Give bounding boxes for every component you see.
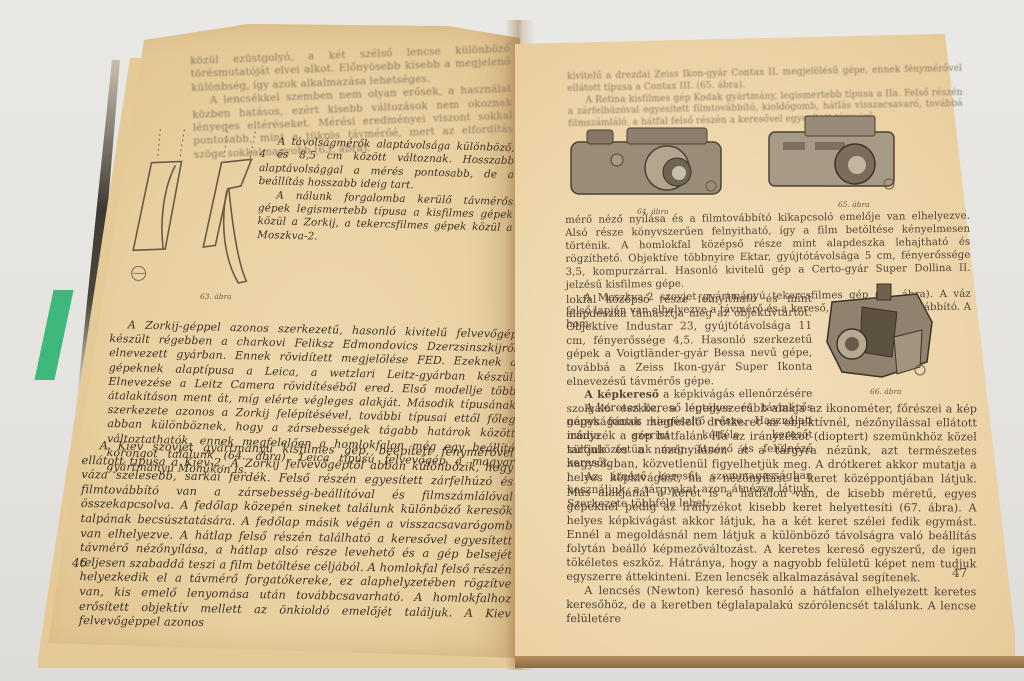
- bold-term: A képkereső: [584, 389, 659, 401]
- paragraph: A Kiev szovjet gyártmányú kisfilmes gép,…: [79, 438, 514, 635]
- open-book: közül ezüstgolyó, a két szélső lencse kü…: [0, 0, 1024, 681]
- camera-icon: [567, 120, 727, 200]
- figure-caption: 63. ábra: [200, 292, 232, 301]
- camera-icon: [765, 110, 900, 195]
- paragraph: lokfal középső része felnyitható és mint…: [566, 293, 812, 389]
- paragraph: mérő néző nyílása és a filmtovábbító kik…: [565, 210, 971, 292]
- paragraph: A nálunk forgalomba kerülő távmérős gépe…: [257, 189, 513, 250]
- right-page-main-text: A keretes kereső legegyszerűbb alakja az…: [566, 401, 977, 628]
- paragraph: A távolságmérők alaptávolsága különböző,…: [259, 135, 515, 196]
- left-page-column-text: A távolságmérők alaptávolsága különböző,…: [257, 135, 515, 249]
- paragraph: A keretes kereső legegyszerűbb alakja az…: [566, 401, 977, 586]
- page-number-right: 47: [952, 566, 967, 580]
- book-cover-green-band: [34, 290, 73, 380]
- figure-66-folding-camera: [822, 282, 937, 386]
- figure-caption: 66. ábra: [870, 387, 902, 396]
- page-number-left: 46: [72, 556, 87, 570]
- figure-64-leica-camera: [567, 120, 727, 204]
- figure-65-contax-camera: [765, 110, 900, 199]
- left-page-kiev-text: A Kiev szovjet gyártmányú kisfilmes gép,…: [79, 438, 514, 635]
- figure-caption: 65. ábra: [838, 200, 870, 209]
- right-page-bottom-edge: [515, 656, 1024, 668]
- paragraph: A lencsés (Newton) kereső hasonló a hátf…: [566, 584, 976, 628]
- folding-camera-icon: [822, 282, 937, 382]
